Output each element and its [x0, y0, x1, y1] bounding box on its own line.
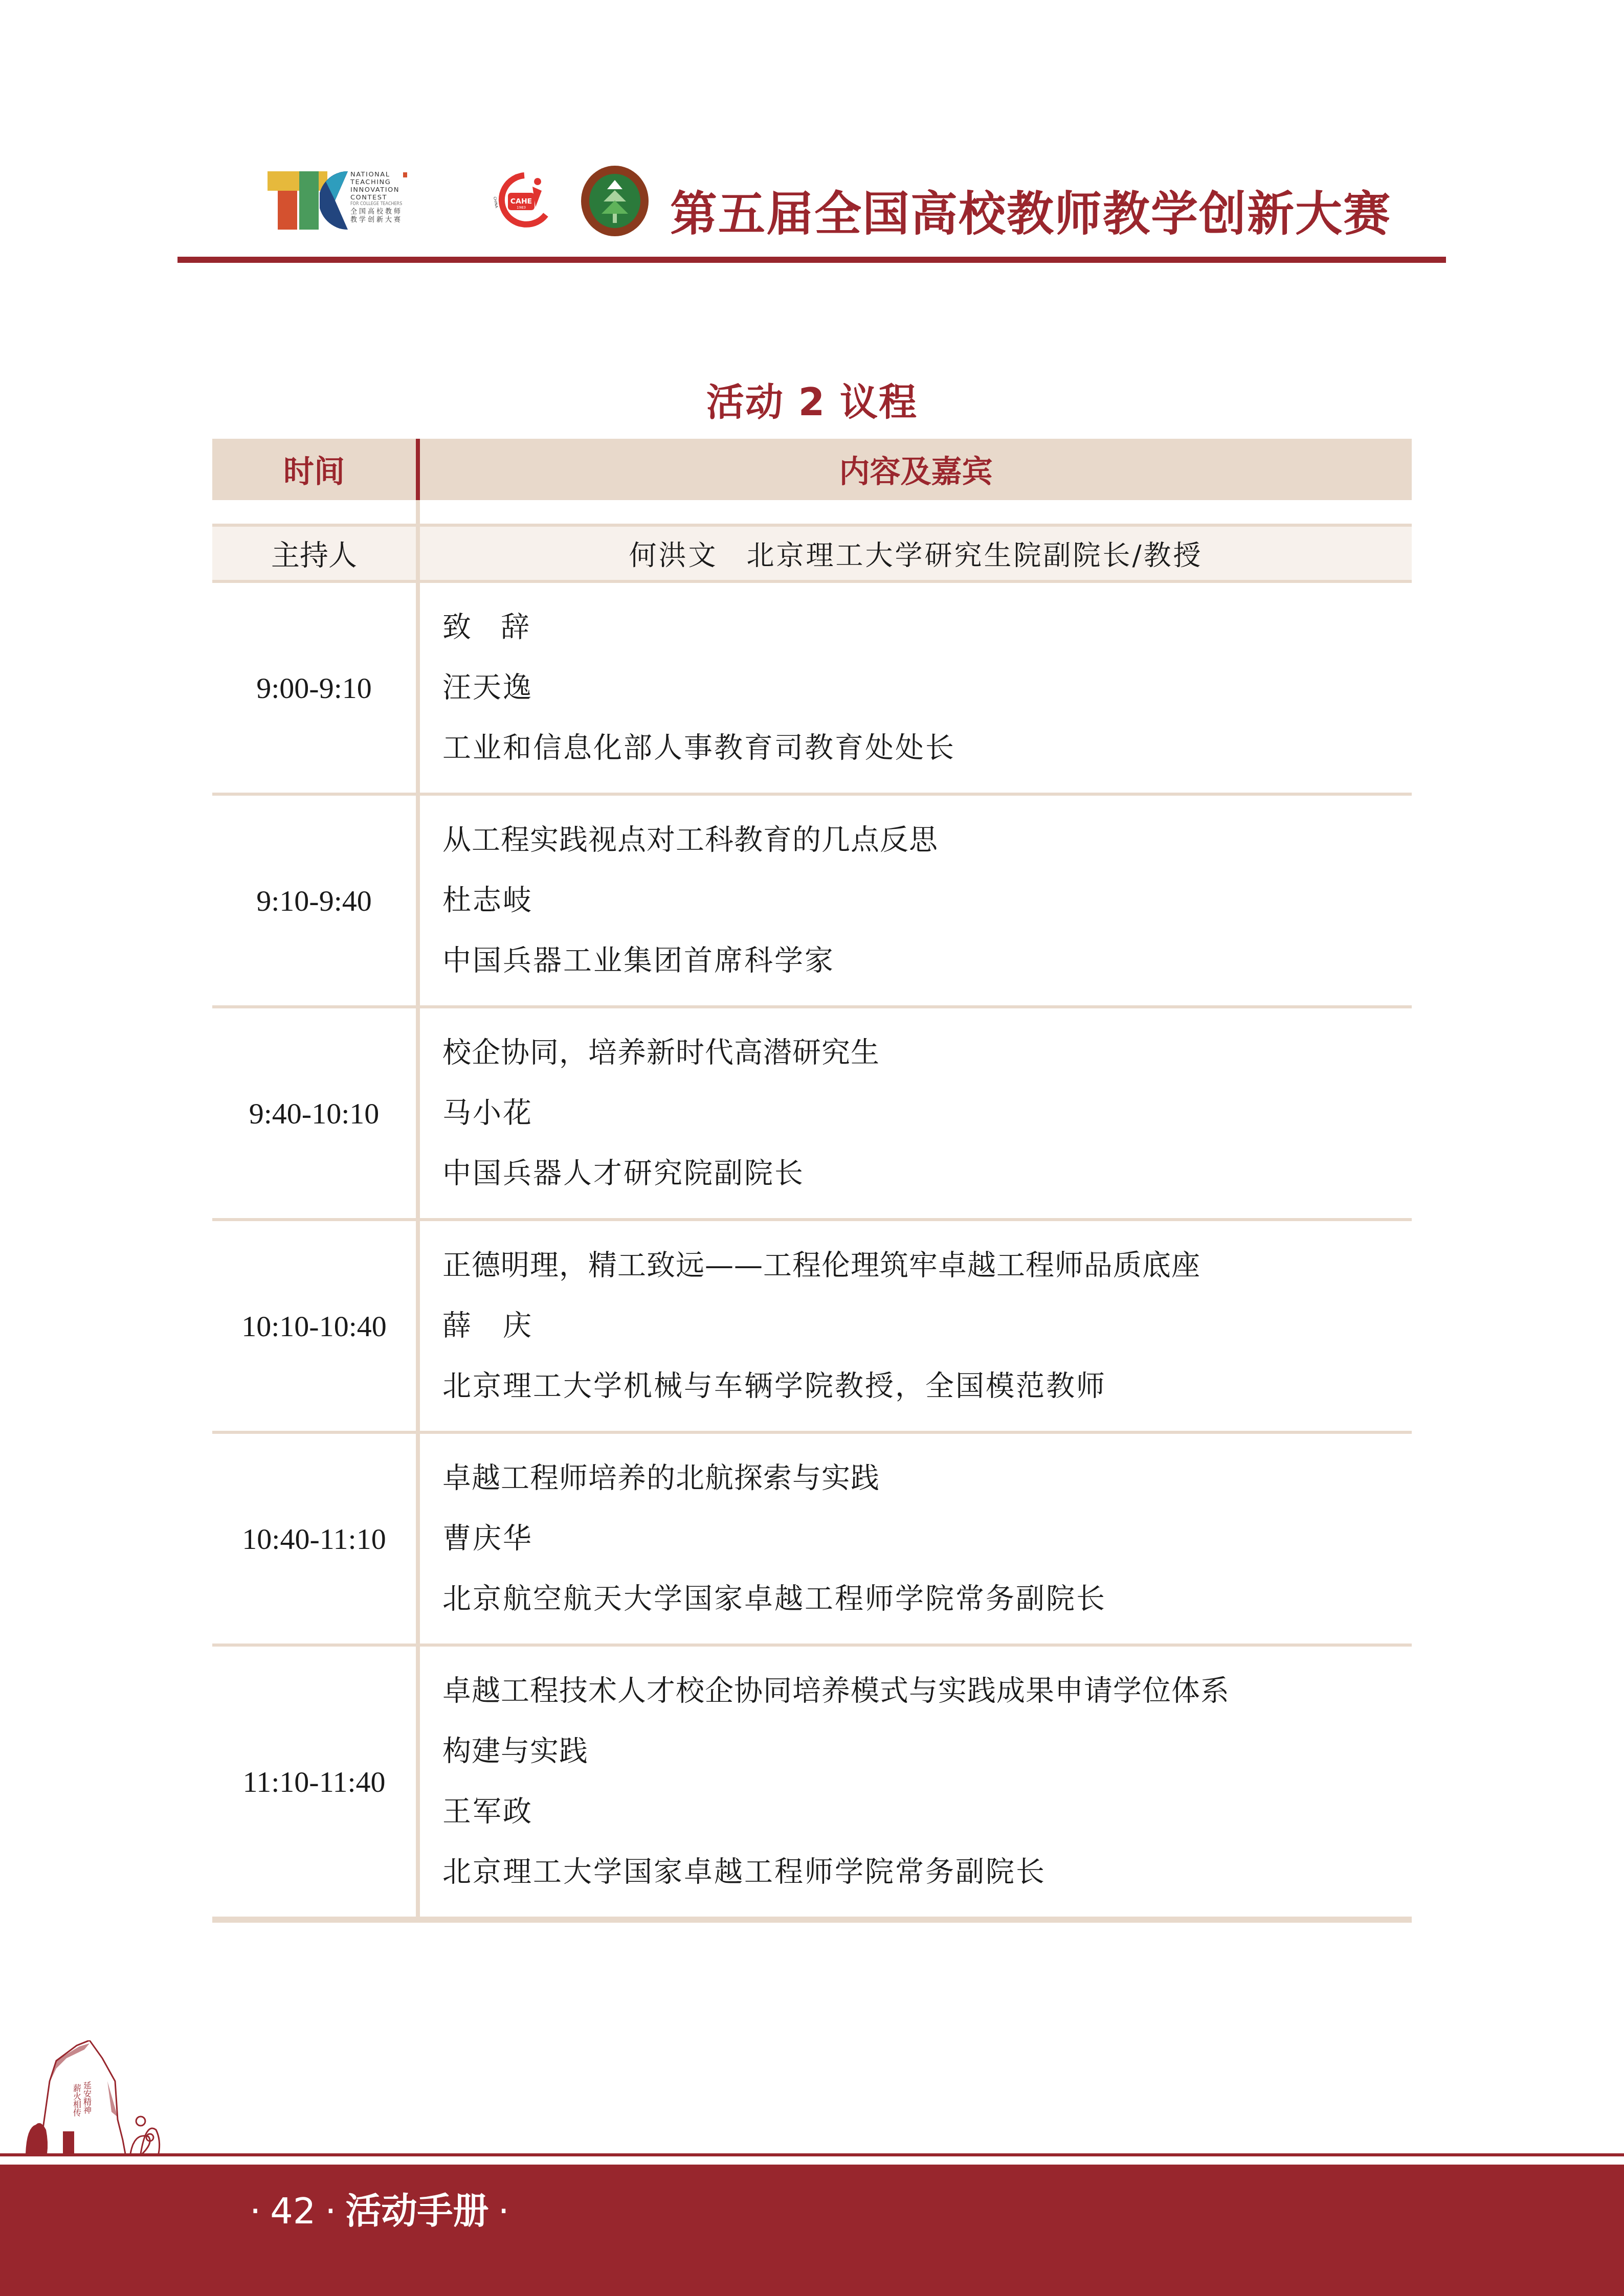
time-slot: 9:10-9:40	[212, 796, 420, 1005]
speaker-name: 王军政	[442, 1782, 1412, 1842]
column-divider	[416, 500, 420, 524]
logo-text: CONTEST	[350, 194, 412, 201]
agenda-table: 时间 内容及嘉宾 主持人 何洪文 北京理工大学研究生院副院长/教授 9:00-9…	[212, 439, 1412, 1923]
separator-dot: ·	[498, 2190, 509, 2232]
logo-text: 全国高校教师	[350, 208, 412, 215]
svg-text:薪火相传: 薪火相传	[72, 2084, 82, 2117]
separator-dot: ·	[325, 2190, 336, 2232]
footer-page-label: ·42·活动手册·	[240, 2182, 519, 2234]
svg-text:CAHE: CAHE	[510, 197, 532, 206]
host-name: 何洪文	[629, 534, 718, 573]
logo-shape	[299, 171, 319, 230]
session-info: 校企协同，培养新时代高潜研究生 马小花 中国兵器人才研究院副院长	[420, 1008, 1412, 1218]
session-topic: 卓越工程师培养的北航探索与实践	[442, 1448, 1412, 1509]
speaker-name: 汪天逸	[442, 658, 1412, 718]
svg-text:1983: 1983	[517, 206, 526, 210]
host-info: 何洪文 北京理工大学研究生院副院长/教授	[420, 527, 1412, 580]
header-divider	[177, 257, 1446, 263]
table-row: 10:40-11:10 卓越工程师培养的北航探索与实践 曹庆华 北京航空航天大学…	[212, 1431, 1412, 1644]
page-header: NATIONAL TEACHING INNOVATION CONTEST FOR…	[0, 0, 1624, 266]
session-topic: 致 辞	[442, 597, 1412, 658]
session-topic: 卓越工程技术人才校企协同培养模式与实践成果申请学位体系	[442, 1661, 1412, 1721]
agenda-title: 活动 2 议程	[0, 372, 1624, 426]
logo-text: NATIONAL	[350, 171, 412, 178]
table-header: 时间 内容及嘉宾	[212, 439, 1412, 500]
session-info: 卓越工程技术人才校企协同培养模式与实践成果申请学位体系 构建与实践 王军政 北京…	[420, 1647, 1412, 1917]
session-info: 从工程实践视点对工科教育的几点反思 杜志岐 中国兵器工业集团首席科学家	[420, 796, 1412, 1005]
session-topic: 校企协同，培养新时代高潜研究生	[442, 1023, 1412, 1083]
logo-text: 教学创新大赛	[350, 216, 412, 223]
session-info: 致 辞 汪天逸 工业和信息化部人事教育司教育处处长	[420, 583, 1412, 793]
speaker-affiliation: 北京理工大学国家卓越工程师学院常务副院长	[442, 1842, 1412, 1902]
speaker-name: 薛 庆	[442, 1296, 1412, 1356]
table-bottom-border	[212, 1917, 1412, 1923]
table-row: 11:10-11:40 卓越工程技术人才校企协同培养模式与实践成果申请学位体系 …	[212, 1644, 1412, 1917]
speaker-affiliation: 中国兵器工业集团首席科学家	[442, 931, 1412, 991]
time-slot: 9:00-9:10	[212, 583, 420, 793]
session-topic-continued: 构建与实践	[442, 1721, 1412, 1782]
logo-shape	[278, 191, 297, 230]
session-info: 卓越工程师培养的北航探索与实践 曹庆华 北京航空航天大学国家卓越工程师学院常务副…	[420, 1434, 1412, 1644]
contest-title: 第五届全国高校教师教学创新大赛	[670, 176, 1391, 238]
session-topic: 正德明理，精工致远——工程伦理筑牢卓越工程师品质底座	[442, 1235, 1412, 1296]
session-topic: 从工程实践视点对工科教育的几点反思	[442, 810, 1412, 870]
speaker-affiliation: 中国兵器人才研究院副院长	[442, 1143, 1412, 1204]
speaker-name: 曹庆华	[442, 1509, 1412, 1569]
time-slot: 10:10-10:40	[212, 1221, 420, 1431]
table-spacer	[212, 500, 1412, 524]
yanan-pagoda-hill-illustration-icon: 延安精神 薪火相传	[0, 2040, 409, 2155]
table-row: 9:00-9:10 致 辞 汪天逸 工业和信息化部人事教育司教育处处长	[212, 583, 1412, 793]
handbook-label: 活动手册	[346, 2190, 489, 2232]
cahe-logo-icon: CAHE 1983 CHINA	[488, 166, 556, 235]
host-title: 北京理工大学研究生院副院长/教授	[746, 534, 1203, 573]
bit-university-logo-icon	[579, 165, 651, 237]
tic-logo-text: NATIONAL TEACHING INNOVATION CONTEST FOR…	[350, 171, 412, 224]
table-row: 9:40-10:10 校企协同，培养新时代高潜研究生 马小花 中国兵器人才研究院…	[212, 1005, 1412, 1218]
logo-text: FOR COLLEGE TEACHERS	[350, 202, 412, 206]
logo-text: TEACHING	[350, 179, 412, 186]
speaker-affiliation: 北京理工大学机械与车辆学院教授，全国模范教师	[442, 1356, 1412, 1416]
svg-text:CHINA: CHINA	[493, 196, 499, 209]
separator-dot: ·	[250, 2190, 261, 2232]
time-slot: 11:10-11:40	[212, 1647, 420, 1917]
footer-divider	[0, 2153, 1624, 2156]
tic-contest-logo: NATIONAL TEACHING INNOVATION CONTEST FOR…	[268, 171, 467, 230]
speaker-affiliation: 工业和信息化部人事教育司教育处处长	[442, 718, 1412, 778]
speaker-name: 杜志岐	[442, 870, 1412, 931]
time-slot: 9:40-10:10	[212, 1008, 420, 1218]
table-row: 10:10-10:40 正德明理，精工致远——工程伦理筑牢卓越工程师品质底座 薛…	[212, 1218, 1412, 1431]
speaker-name: 马小花	[442, 1083, 1412, 1143]
session-info: 正德明理，精工致远——工程伦理筑牢卓越工程师品质底座 薛 庆 北京理工大学机械与…	[420, 1221, 1412, 1431]
column-header-content: 内容及嘉宾	[420, 439, 1412, 500]
host-row: 主持人 何洪文 北京理工大学研究生院副院长/教授	[212, 524, 1412, 583]
page-number: 42	[270, 2190, 316, 2232]
svg-text:延安精神: 延安精神	[82, 2081, 92, 2114]
host-label: 主持人	[212, 527, 420, 580]
speaker-affiliation: 北京航空航天大学国家卓越工程师学院常务副院长	[442, 1569, 1412, 1629]
time-slot: 10:40-11:10	[212, 1434, 420, 1644]
logo-c-shape-icon	[320, 171, 348, 230]
logo-text: INNOVATION	[350, 187, 412, 193]
table-row: 9:10-9:40 从工程实践视点对工科教育的几点反思 杜志岐 中国兵器工业集团…	[212, 793, 1412, 1005]
column-header-time: 时间	[212, 439, 420, 500]
